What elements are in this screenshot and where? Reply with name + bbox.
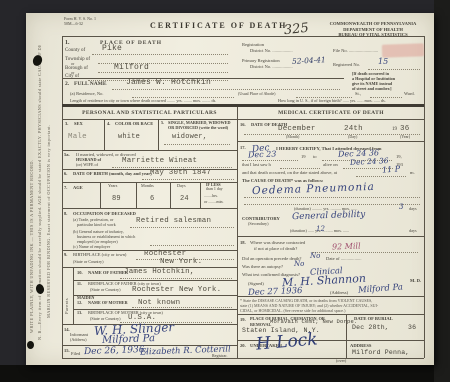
primary-registration-district: District No. .................. [250, 64, 293, 69]
sex-cell-rule [104, 119, 105, 150]
age-rule-1 [100, 182, 101, 208]
registration-label: Registration [242, 42, 264, 47]
burial-date-value: Dec 28th, [352, 324, 389, 331]
address-print-label: (Address) [330, 290, 348, 295]
occupation-a-label-2: particular kind of work [77, 223, 116, 228]
certify-number: 17. [240, 145, 246, 150]
full-name-label: FULL NAME [74, 81, 107, 87]
signed-label: (Signed) [248, 281, 264, 286]
rule-above-footnote [237, 296, 424, 297]
cause-leader-2 [244, 203, 420, 205]
county-value: Pike [102, 44, 122, 53]
personal-section-title: PERSONAL AND STATISTICAL PARTICULARS [62, 110, 237, 116]
months-value: 6 [150, 195, 154, 203]
days-value: 24 [180, 195, 189, 203]
faded-red-file-stamp [382, 43, 424, 57]
occupation-a-leader [130, 226, 234, 228]
operation-label: Did an operation precede death? [242, 256, 301, 261]
dob-label: DATE OF BIRTH (month, day and year) [73, 171, 152, 176]
rule-below-contributory [237, 236, 424, 237]
marital-value: widower, [172, 133, 207, 141]
full-name-number: 2. [65, 81, 69, 87]
death-time-leader [356, 175, 406, 177]
margin-note-items: N. B.—Every item of information should b… [37, 45, 42, 340]
spouse-leader [112, 166, 232, 168]
md-label: M. D. [410, 278, 421, 283]
last-saw-text: that I last saw h [242, 162, 271, 167]
secondary-label: (Secondary) [248, 222, 268, 227]
dod-leader [244, 133, 420, 135]
rule-below-footnote [237, 314, 424, 315]
days-label-1: days [409, 207, 417, 212]
operation-hand: No [310, 252, 320, 260]
duration-2-hand: 12 [316, 225, 325, 233]
parents-vertical-label: Parents [64, 278, 69, 314]
form-top-border [62, 36, 424, 37]
commonwealth-line: COMMONWEALTH OF PENNSYLVANIA [320, 21, 426, 26]
date-of-label: Date of .................. [326, 256, 361, 261]
margin-note-write-plainly: WRITE PLAINLY, WITH UNFADING INK — THIS … [29, 53, 34, 333]
race-value: white [118, 133, 140, 141]
document-title: CERTIFICATE OF DEATH [150, 21, 287, 30]
scanned-death-certificate: WRITE PLAINLY, WITH UNFADING INK — THIS … [0, 0, 450, 382]
q18-leader [312, 251, 418, 253]
county-leader [92, 53, 228, 55]
birthplace-state-label: (State or Country) [73, 260, 103, 265]
burial-place-value-1: Moravain Cemt, New Dorpe. [270, 318, 358, 325]
burial-date-year: 36 [408, 324, 416, 331]
spouse-value: Marriette Wineat [122, 157, 197, 165]
mother-label: NAME OF MOTHER [88, 301, 128, 306]
last-saw-leader-1 [280, 167, 320, 169]
birthplace-value: Rochester [144, 250, 186, 258]
marital-label-2: OR DIVORCED (write the word) [168, 126, 228, 131]
mother-birthplace-state-label: (State or Country) [90, 317, 120, 322]
borough-leader [98, 71, 228, 73]
occupation-a-value: Retired salesman [136, 217, 211, 225]
form-left-border [62, 36, 63, 358]
age-label: AGE [73, 185, 83, 190]
or-min-label: or ........min. [204, 200, 224, 205]
death-time-hand: 11 P [382, 164, 401, 174]
rule-below-father-bp [73, 295, 237, 296]
q18-hand: 92 Mill [332, 242, 361, 252]
undertaker-address-value: Milford Penna, [352, 349, 409, 356]
scan-right-band [434, 0, 450, 382]
primary-registration-label: Primary Registration [242, 58, 280, 63]
undertaker-cell-rule [346, 340, 347, 358]
rule-below-sex-row [62, 150, 237, 151]
death-occurred-text: and that death occurred, on the date sta… [242, 170, 337, 175]
dob-number: 6. [64, 171, 67, 176]
yr1-print: 19 [301, 154, 306, 159]
if-less-label-2: than 1 day [206, 187, 223, 192]
rule-below-age [62, 208, 237, 209]
dob-value: May 30th 1847 [150, 169, 211, 177]
form-bottom-border [62, 358, 424, 359]
dod-day-value: 24th [344, 125, 363, 133]
cause-leader-1 [244, 196, 420, 198]
primary-district-value: 52-04-41 [292, 55, 326, 66]
father-label: NAME OF FATHER [88, 270, 128, 275]
father-leader [120, 277, 232, 279]
months-label: Months [141, 184, 154, 189]
father-birthplace-number: 11. [77, 282, 82, 287]
years-value: 89 [112, 195, 121, 203]
days-label: Days [177, 184, 186, 189]
ward-label: Ward. [404, 91, 415, 96]
occupation-label: OCCUPATION OF DECEASED [73, 211, 136, 216]
autopsy-hand: No [294, 260, 304, 268]
spouse-number: 5a. [64, 152, 70, 157]
mother-birthplace-number: 13. [77, 311, 82, 316]
birthplace-state-value: New York. [160, 258, 202, 266]
birthplace-label: BIRTHPLACE (city or town) [73, 252, 126, 257]
file-no-label: File No. .......................... [333, 48, 378, 53]
scan-bottom-band [0, 365, 450, 382]
place-number: 1. [65, 40, 70, 47]
undertaker-address-label: ADDRESS [350, 343, 371, 348]
county-label: County of [65, 48, 85, 54]
informant-number: 14. [64, 327, 70, 332]
race-number: 4. [107, 121, 110, 126]
footnote-line-3: CIDAL, or HOMICIDAL. (See reverse side f… [240, 309, 345, 314]
autopsy-label: Was there an autopsy? [242, 264, 283, 269]
hrs-label: ........hrs. [204, 194, 218, 199]
registration-district: District No. .................. [250, 48, 293, 53]
sex-number: 3. [65, 121, 68, 126]
q18-line-2: if not at place of death? [254, 246, 297, 251]
occupation-number: 8. [64, 211, 67, 216]
race-cell-rule [158, 119, 159, 150]
m-label: m. [410, 170, 415, 175]
from-date-hand: Dec 23 [248, 150, 277, 160]
borough-label: Borough of [65, 66, 88, 72]
rule-below-dod [237, 141, 424, 142]
margin-note-binding: MARGIN RESERVED FOR BINDING. Exact state… [46, 88, 51, 318]
dob-leader [142, 178, 234, 180]
race-label: COLOR OR RACE [115, 121, 153, 126]
age-number: 7. [64, 185, 67, 190]
column-divider [237, 107, 238, 358]
medical-section-title: MEDICAL CERTIFICATE OF DEATH [238, 110, 424, 116]
father-birthplace-state-label: (State or Country) [90, 288, 120, 293]
year-caption: (Year) [400, 135, 410, 140]
dod-year-value: 36 [400, 125, 409, 133]
residence-label: (a) Residence, No. [70, 91, 104, 96]
street-label: St., [355, 91, 361, 96]
abode-note: (Usual Place of Abode) [238, 92, 275, 97]
filed-number: 15. [64, 348, 70, 353]
duration-1-hand: 3 [399, 203, 403, 211]
registered-no-label: Registered No. [333, 62, 360, 67]
medical-title-rule [237, 119, 424, 120]
sex-value: Male [68, 133, 87, 141]
mother-number: 12. [77, 301, 82, 306]
month-caption: (Month) [286, 135, 299, 140]
days-label-2: days [409, 229, 417, 234]
marital-number: 5. [161, 121, 164, 126]
occupation-b-leader [150, 244, 234, 246]
ink-blot [27, 341, 34, 349]
full-name-value: James W. Hotchkin [126, 78, 211, 87]
marital-leader [164, 143, 230, 145]
dod-month-value: December [278, 125, 316, 133]
burial-date-label: DATE OF BURIAL [354, 316, 393, 321]
age-rule-2 [136, 182, 137, 208]
yr2-print: 19, [396, 154, 402, 159]
mother-leader [132, 306, 232, 308]
over-label: (over) [336, 359, 346, 364]
dod-19-print: 19 [392, 127, 397, 133]
q18-number: 18. [240, 240, 246, 245]
birthplace-number: 9. [64, 252, 67, 257]
undertaker-number: 20. [240, 343, 246, 348]
to-print: to [313, 154, 317, 159]
filed-label: Filed [71, 351, 80, 356]
age-rule-3 [170, 182, 171, 208]
registered-no-leader [368, 68, 420, 70]
form-right-border [424, 36, 425, 358]
informant-address-label: (Address) [70, 338, 87, 343]
alive-on-text: alive on [323, 162, 338, 167]
full-name-leader [112, 88, 340, 90]
age-rule-4 [200, 182, 201, 208]
sex-label: SEX [74, 121, 83, 126]
burial-number: 19. [240, 317, 246, 322]
father-birthplace-value: Rochester New York. [132, 286, 221, 294]
dod-number: 16. [240, 122, 246, 127]
father-value: James Hotchkin, [124, 268, 195, 276]
registered-no-value: 15 [378, 57, 388, 66]
form-edition: 50M—6-32 [64, 22, 83, 27]
q18-line-1: Where was disease contracted [250, 240, 305, 245]
day-caption: (Day) [348, 135, 357, 140]
township-label: Township of [65, 57, 90, 63]
years-label: Years [108, 184, 117, 189]
father-number: 10. [77, 270, 83, 275]
or-wife-of-label: (or) WIFE of [76, 163, 98, 168]
section-divider-bar [62, 104, 424, 107]
